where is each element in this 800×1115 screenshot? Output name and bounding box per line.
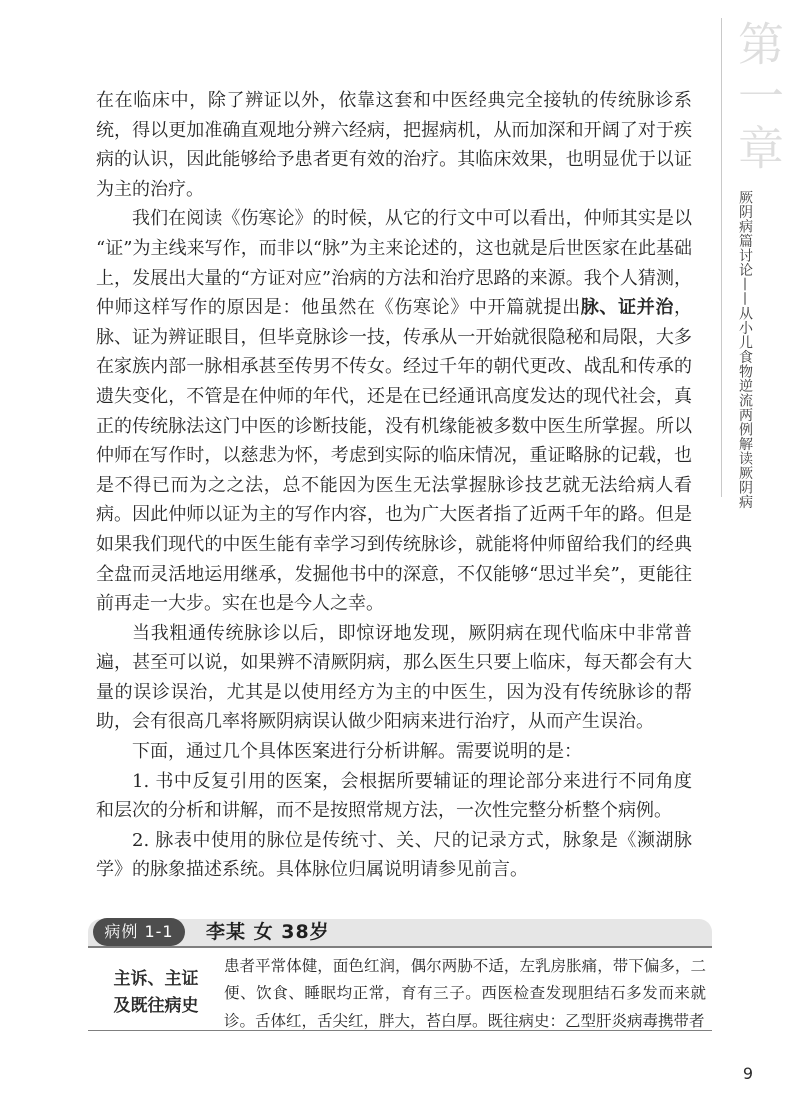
numbered-item: 2. 脉表中使用的脉位是传统寸、关、尺的记录方式，脉象是《濒湖脉学》的脉象描述系… — [96, 826, 692, 885]
paragraph: 当我粗通传统脉诊以后，即惊讶地发现，厥阴病在现代临床中非常普遍，甚至可以说，如果… — [96, 619, 692, 737]
text-run: 2. 脉表中使用的脉位是传统寸、关、尺的记录方式，脉象是《濒湖脉学》的脉象描述系… — [96, 830, 692, 881]
case-patient-title: 李某 女 38岁 — [206, 919, 330, 946]
text-run: 1. 书中反复引用的医案，会根据所要辅证的理论部分来进行不同角度和层次的分析和讲… — [96, 771, 692, 822]
sidebar-divider-line — [721, 18, 722, 497]
numbered-item: 1. 书中反复引用的医案，会根据所要辅证的理论部分来进行不同角度和层次的分析和讲… — [96, 767, 692, 826]
case-row-content: 患者平常体健，面色红润，偶尔两胁不适，左乳房胀痛，带下偏多，二便、饮食、睡眠均正… — [224, 951, 706, 1035]
text-run: 下面，通过几个具体医案进行分析讲解。需要说明的是： — [132, 741, 582, 762]
paragraph: 我们在阅读《伤寒论》的时候，从它的行文中可以看出，仲师其实是以“证”为主线来写作… — [96, 204, 692, 618]
chapter-number-vertical: 第一章 — [725, 20, 791, 176]
paragraph: 在在临床中，除了辨证以外，依靠这套和中医经典完全接轨的传统脉诊系统，得以更加准确… — [96, 86, 692, 204]
text-run: 当我粗通传统脉诊以后，即惊讶地发现，厥阴病在现代临床中非常普遍，甚至可以说，如果… — [96, 623, 692, 733]
case-row-label-line: 主诉、主证 — [114, 966, 199, 993]
book-page: 在在临床中，除了辨证以外，依靠这套和中医经典完全接轨的传统脉诊系统，得以更加准确… — [0, 0, 800, 1115]
paragraph: 下面，通过几个具体医案进行分析讲解。需要说明的是： — [96, 737, 692, 767]
body-text: 在在临床中，除了辨证以外，依靠这套和中医经典完全接轨的传统脉诊系统，得以更加准确… — [96, 86, 692, 885]
case-header-bar: 病例 1-1 李某 女 38岁 — [88, 919, 712, 948]
case-row-label-line: 及既往病史 — [114, 993, 199, 1020]
text-run: 在在临床中，除了辨证以外，依靠这套和中医经典完全接轨的传统脉诊系统，得以更加准确… — [96, 90, 692, 200]
case-number-badge: 病例 1-1 — [93, 918, 185, 946]
text-run: ，脉、证为辨证眼目，但毕竟脉诊一技，传承从一开始就很隐秘和局限，大多在家族内部一… — [96, 297, 692, 614]
case-row-label: 主诉、主证 及既往病史 — [88, 951, 224, 1035]
bold-text-run: 脉、证并治 — [581, 297, 674, 318]
chapter-subtitle-vertical: 厥阴病篇讨论——从小儿食物逆流两例解读厥阴病 — [735, 190, 755, 510]
case-divider-line — [88, 1030, 712, 1031]
case-row: 主诉、主证 及既往病史 患者平常体健，面色红润，偶尔两胁不适，左乳房胀痛，带下偏… — [88, 951, 712, 1035]
page-number: 9 — [736, 1064, 760, 1083]
